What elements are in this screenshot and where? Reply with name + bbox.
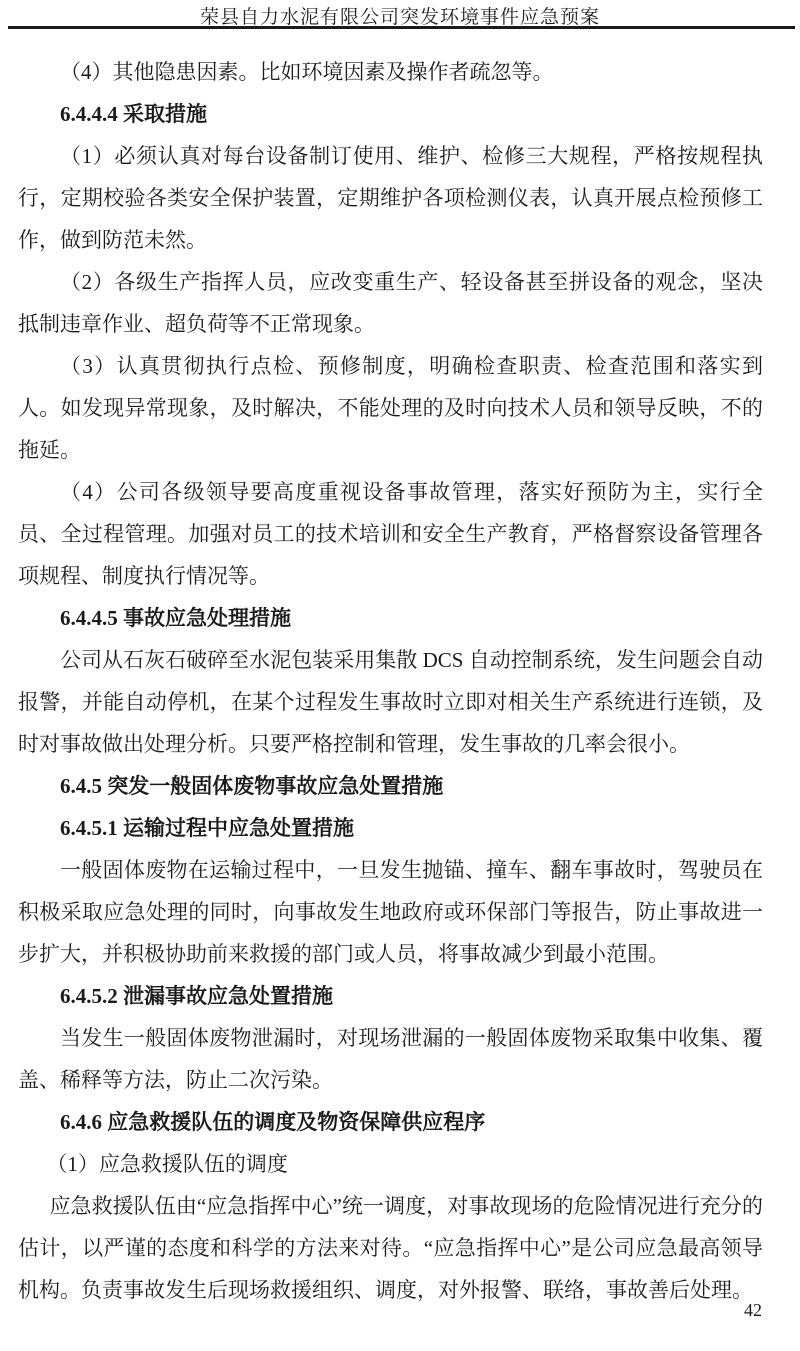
body-paragraph: 应急救援队伍由“应急指挥中心”统一调度，对事故现场的危险情况进行充分的估计，以严… (18, 1185, 763, 1311)
section-heading-6-4-6: 6.4.6 应急救援队伍的调度及物资保障供应程序 (18, 1101, 763, 1143)
header-divider-line (8, 26, 795, 29)
section-heading-6-4-4-4: 6.4.4.4 采取措施 (18, 93, 763, 135)
body-paragraph: 公司从石灰石破碎至水泥包装采用集散 DCS 自动控制系统，发生问题会自动报警，并… (18, 639, 763, 765)
body-paragraph: （2）各级生产指挥人员，应改变重生产、轻设备甚至拼设备的观念，坚决抵制违章作业、… (18, 261, 763, 345)
document-body: （4）其他隐患因素。比如环境因素及操作者疏忽等。 6.4.4.4 采取措施 （1… (18, 51, 763, 1311)
document-page: 荣县自力水泥有限公司突发环境事件应急预案 （4）其他隐患因素。比如环境因素及操作… (0, 0, 800, 1351)
body-paragraph: （4）公司各级领导要高度重视设备事故管理，落实好预防为主，实行全员、全过程管理。… (18, 471, 763, 597)
body-paragraph: 一般固体废物在运输过程中，一旦发生抛锚、撞车、翻车事故时，驾驶员在积极采取应急处… (18, 849, 763, 975)
page-number: 42 (744, 1300, 762, 1321)
list-item-1: （1）应急救援队伍的调度 (18, 1143, 763, 1185)
section-heading-6-4-5-1: 6.4.5.1 运输过程中应急处置措施 (18, 807, 763, 849)
body-paragraph: （3）认真贯彻执行点检、预修制度，明确检查职责、检查范围和落实到人。如发现异常现… (18, 345, 763, 471)
section-heading-6-4-5-2: 6.4.5.2 泄漏事故应急处置措施 (18, 975, 763, 1017)
body-paragraph: （4）其他隐患因素。比如环境因素及操作者疏忽等。 (18, 51, 763, 93)
page-header-title: 荣县自力水泥有限公司突发环境事件应急预案 (0, 2, 800, 29)
section-heading-6-4-4-5: 6.4.4.5 事故应急处理措施 (18, 597, 763, 639)
body-paragraph: 当发生一般固体废物泄漏时，对现场泄漏的一般固体废物采取集中收集、覆盖、稀释等方法… (18, 1017, 763, 1101)
section-heading-6-4-5: 6.4.5 突发一般固体废物事故应急处置措施 (18, 765, 763, 807)
body-paragraph: （1）必须认真对每台设备制订使用、维护、检修三大规程，严格按规程执行，定期校验各… (18, 135, 763, 261)
